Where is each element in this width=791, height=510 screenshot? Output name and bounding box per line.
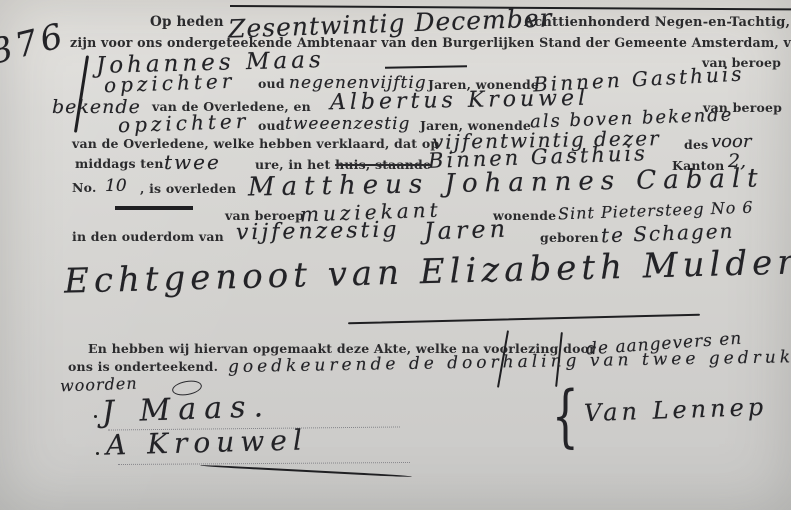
blank-dash: [385, 65, 467, 68]
printed-intro: zijn voor ons ondergeteekende Ambtenaar …: [70, 35, 791, 50]
signature-dot-1: [94, 415, 97, 418]
printed-in-den-ouderdom: in den ouderdom van: [72, 229, 224, 244]
printed-middags-ten: middags ten: [75, 156, 164, 171]
signature-dot-2: [96, 452, 99, 455]
signature-brace: {: [552, 378, 579, 456]
margin-act-number: 876: [0, 15, 71, 72]
spouse-underline-flourish: [348, 314, 700, 325]
printed-closing-line2: ons is onderteekend.: [68, 359, 218, 374]
handwritten-house-number: 10: [105, 176, 127, 196]
printed-des: des: [684, 137, 708, 152]
handwritten-hour: twee: [164, 150, 221, 174]
printed-verklaard-dat-op: van de Overledene, welke hebben verklaar…: [72, 136, 439, 151]
death-certificate-scan: 876 Op heden Zesentwintig December Achtt…: [0, 0, 791, 510]
handwritten-declarant2-occupation: opzichter: [118, 109, 250, 138]
printed-ure-text: ure, in het: [255, 157, 335, 172]
printed-op-heden: Op heden: [150, 14, 224, 30]
handwritten-spouse-line: Echtgenoot van Elizabeth Mulder: [64, 242, 791, 301]
handwritten-birthplace: te Schagen: [601, 219, 735, 248]
handwritten-declarant2-age: tweeenzestig: [285, 114, 410, 134]
signature-tail-flourish: [200, 464, 412, 477]
printed-oud-2: oud: [258, 118, 285, 133]
signature-line-2: [118, 462, 410, 465]
printed-is-overleden: , is overleden: [140, 181, 236, 196]
signature-declarant2: A Krouwel: [106, 423, 309, 461]
handwritten-voor: voor: [711, 131, 751, 152]
printed-oud-1: oud: [258, 76, 285, 91]
handwritten-deceased-age: vijfenzestig: [236, 218, 400, 246]
printed-geboren: geboren: [540, 230, 599, 245]
handwritten-jaren: Jaren: [424, 215, 510, 246]
ink-flourish-stroke: [74, 55, 89, 132]
printed-no: No.: [72, 180, 97, 195]
blackout-bar: [115, 206, 193, 210]
printed-year: Achttienhonderd Negen-en-Tachtig,: [524, 15, 790, 30]
signature-official: Van Lennep: [584, 393, 768, 427]
handwritten-declarant1-occupation: opzichter: [104, 69, 236, 98]
signature-declarant1: J Maas.: [101, 389, 271, 430]
handwritten-woorden: woorden: [60, 374, 138, 396]
